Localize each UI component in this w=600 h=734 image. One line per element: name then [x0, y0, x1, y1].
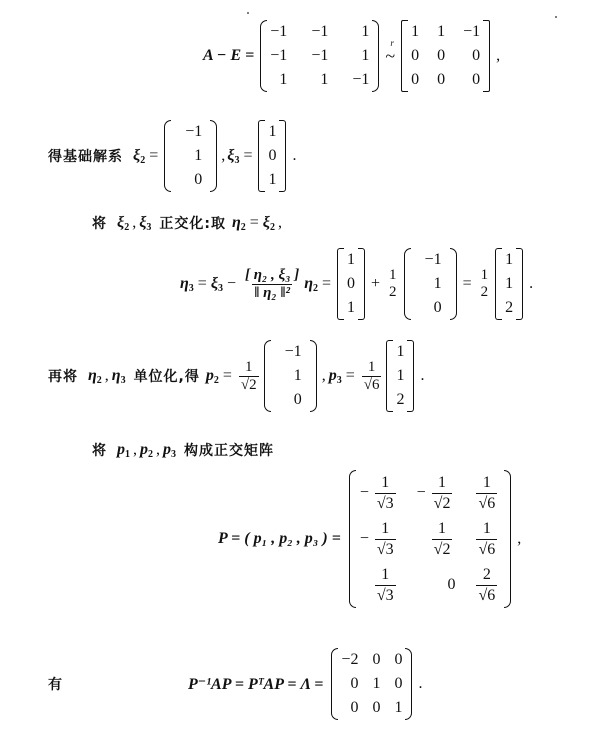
eta2-symbol: η2	[232, 214, 246, 233]
matrix-cell: 1	[394, 698, 402, 718]
matrix-cell: 0	[463, 46, 480, 66]
matrix-cell: −1	[352, 70, 369, 90]
matrix-cell: 1√3	[360, 566, 399, 604]
coefficient-half: 1 2	[387, 267, 399, 301]
matrix-cell: −1	[463, 22, 480, 42]
matrix-cell: −1	[270, 22, 287, 42]
matrix-cell: −1	[425, 250, 442, 270]
matrix-cell: 0	[411, 70, 419, 90]
matrix-cell: −1√2	[417, 474, 456, 512]
matrix-cell: 0	[425, 298, 442, 318]
matrix-cell: 0	[394, 650, 402, 670]
equation-eta3: η3 = ξ3 − [ η₂ , ξ₃ ] ‖ η₂ ‖² η2 = 101 +…	[180, 248, 533, 320]
matrix-cell: 0	[463, 70, 480, 90]
p1-symbol: p1	[117, 441, 130, 460]
matrix-p: −1√3−1√21√6−1√31√21√61√302√6	[349, 470, 511, 608]
matrix-cell: 2	[505, 298, 513, 318]
matrix-cell: −1	[185, 122, 202, 142]
matrix-cell: 0	[417, 566, 456, 604]
matrix-grid: 11−1000000	[408, 20, 483, 92]
matrix-cell: 1	[270, 70, 287, 90]
matrix-cell: 1√6	[473, 474, 500, 512]
xi2-symbol: ξ2	[263, 214, 275, 233]
xi2-symbol: ξ2	[133, 147, 145, 166]
matrix-cell: 1	[268, 122, 276, 142]
matrix-cell: 1	[347, 298, 355, 318]
punctuation: ,	[496, 47, 500, 65]
left-bracket	[401, 20, 408, 92]
matrix-cell: −1	[270, 46, 287, 66]
xi3-symbol: ξ3	[139, 214, 151, 233]
coefficient-1-over-sqrt6: 1 √6	[362, 359, 382, 394]
lhs-a-minus-e: A − E =	[203, 47, 254, 65]
xi2-symbol: ξ2	[117, 214, 129, 233]
text-basis-prefix: 得基础解系	[48, 146, 123, 166]
matrix-cell: 0	[437, 46, 445, 66]
matrix-cell: 1	[185, 146, 202, 166]
matrix-cell: 0	[372, 698, 380, 718]
equation-diagonalization: 有 P⁻¹AP = PᵀAP = Λ = −200010001 .	[48, 648, 588, 720]
matrix-cell: −1	[311, 22, 328, 42]
matrix-cell: 0	[411, 46, 419, 66]
projection-fraction: [ η₂ , ξ₃ ] ‖ η₂ ‖²	[243, 267, 301, 302]
matrix-a-minus-e: −1−11−1−1111−1	[260, 20, 379, 92]
matrix-cell: 1	[352, 22, 369, 42]
matrix-cell: 1	[352, 46, 369, 66]
lhs-similarity: P⁻¹AP = PᵀAP = Λ =	[188, 674, 323, 694]
matrix-cell: 1	[425, 274, 442, 294]
matrix-cell: 1	[437, 22, 445, 42]
matrix-cell: 0	[268, 146, 276, 166]
coefficient-1-over-sqrt2: 1 √2	[239, 359, 259, 394]
matrix-cell: 1	[372, 674, 380, 694]
matrix-cell: 1	[396, 366, 404, 386]
p2-symbol: p2	[140, 441, 153, 460]
matrix-grid: −1−11−1−1111−1	[267, 20, 372, 92]
matrix-row-reduced: 11−1000000	[401, 20, 490, 92]
matrix-cell: −1	[285, 342, 302, 362]
equation-a-minus-e: A − E = −1−11−1−1111−1 ~ r 11−1000000 ,	[203, 20, 500, 92]
p2-symbol: p2	[206, 367, 219, 386]
scan-speck	[555, 16, 557, 18]
eta2-symbol: η2	[304, 275, 318, 294]
matrix-cell: −1√3	[360, 520, 399, 558]
matrix-cell: 1√6	[473, 520, 500, 558]
equation-normalize: 再将 η2 , η3 单位化,得 p2 = 1 √2 −110 , p3 = 1…	[48, 340, 424, 412]
text-orthogonalize: 将 ξ2 , ξ3 正交化:取 η2 = ξ2 ,	[92, 213, 282, 233]
vector-p2: −110	[264, 340, 317, 412]
matrix-lambda: −200010001	[331, 648, 412, 720]
matrix-cell: −1	[311, 46, 328, 66]
matrix-cell: 1	[347, 250, 355, 270]
matrix-cell: 2	[396, 390, 404, 410]
scan-speck	[247, 12, 249, 14]
matrix-cell: 1	[268, 170, 276, 190]
left-paren	[260, 20, 267, 92]
matrix-cell: 0	[341, 674, 358, 694]
matrix-cell: 0	[341, 698, 358, 718]
eta3-symbol: η3	[180, 275, 194, 294]
eta3-symbol: η3	[112, 367, 126, 386]
p3-symbol: p3	[329, 367, 342, 386]
matrix-cell: 1	[411, 22, 419, 42]
vector-eta3-result: 112	[495, 248, 523, 320]
xi3-symbol: ξ3	[227, 147, 239, 166]
vector-xi2: −110	[164, 120, 217, 192]
matrix-cell: −1√3	[360, 474, 399, 512]
vector-eta2-values: −110	[404, 248, 457, 320]
matrix-cell: 1√2	[417, 520, 456, 558]
eta2-symbol: η2	[88, 367, 102, 386]
matrix-cell: 0	[394, 674, 402, 694]
matrix-cell: 0	[285, 390, 302, 410]
matrix-cell: 0	[185, 170, 202, 190]
matrix-cell: 1	[311, 70, 328, 90]
matrix-cell: 1	[505, 274, 513, 294]
coefficient-half: 1 2	[479, 267, 491, 301]
matrix-cell: 0	[347, 274, 355, 294]
text-form-orthogonal-matrix: 将 p1 , p2 , p3 构成正交矩阵	[92, 440, 274, 460]
vector-xi3-values: 101	[337, 248, 365, 320]
matrix-cell: 0	[372, 650, 380, 670]
matrix-cell: 0	[437, 70, 445, 90]
lhs-p: P = ( p₁ , p₂ , p₃ ) =	[218, 530, 341, 548]
right-bracket	[483, 20, 490, 92]
matrix-cell: 1	[505, 250, 513, 270]
equation-basis-solution: 得基础解系 ξ2 = −110 , ξ3 = 101 .	[48, 120, 296, 192]
matrix-cell: −2	[341, 650, 358, 670]
vector-xi3: 101	[258, 120, 286, 192]
equation-orthogonal-matrix-p: P = ( p₁ , p₂ , p₃ ) = −1√3−1√21√6−1√31√…	[218, 470, 521, 608]
matrix-cell: 1	[396, 342, 404, 362]
right-paren	[372, 20, 379, 92]
row-equivalent-symbol: ~ r	[385, 46, 395, 67]
matrix-cell: 2√6	[473, 566, 500, 604]
vector-p3: 112	[386, 340, 414, 412]
xi3-symbol: ξ3	[211, 275, 223, 294]
p3-symbol: p3	[163, 441, 176, 460]
matrix-cell: 1	[285, 366, 302, 386]
